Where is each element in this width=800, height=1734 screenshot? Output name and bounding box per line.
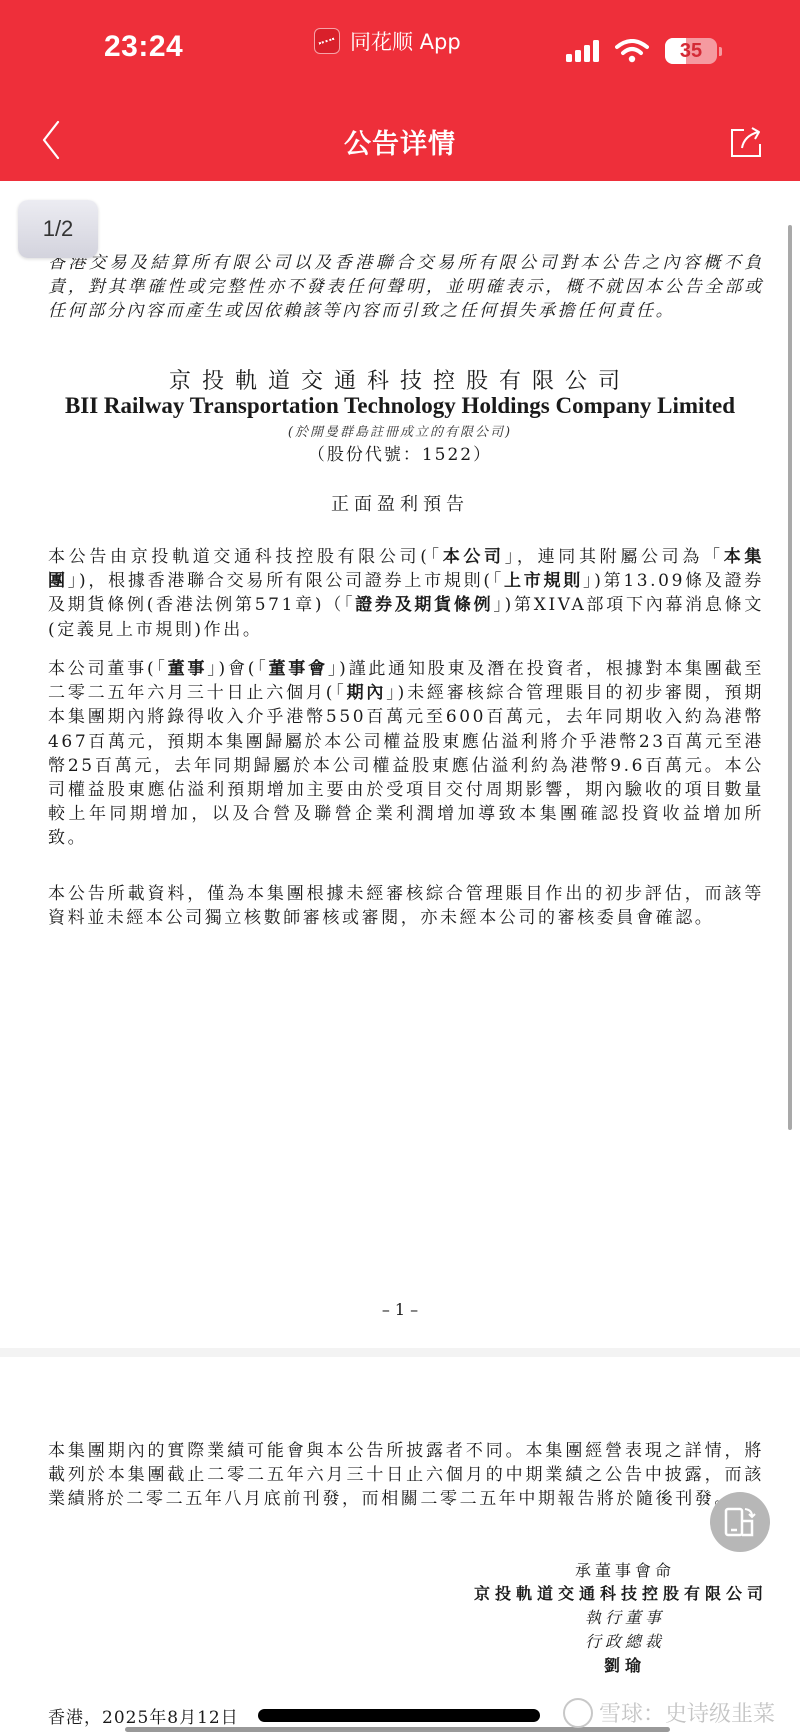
page-title: 公告详情 [0, 122, 800, 161]
app-header: 23:24 同花顺 App 35 公告详情 [0, 0, 800, 181]
page-number: – 1 – [0, 1300, 800, 1319]
paragraph-3: 本公告所載資料，僅為本集團根據未經審核綜合管理賬目作出的初步評估，而該等資料並未… [48, 882, 764, 930]
text: 」)會(「 [207, 659, 268, 679]
defined-term: 董事 [168, 659, 208, 679]
home-indicator[interactable] [258, 1709, 540, 1722]
status-app-name: 同花顺 App [350, 26, 461, 56]
status-icons: 35 [566, 38, 722, 64]
rotate-screen-button[interactable] [710, 1492, 770, 1552]
announcement-heading: 正面盈利預告 [0, 490, 800, 516]
signature-company: 京投軌道交通科技控股有限公司 [466, 1581, 776, 1604]
status-time: 23:24 [104, 30, 183, 64]
battery-tip [719, 47, 722, 56]
defined-term: 本公司 [443, 547, 505, 567]
company-name-cn: 京投軌道交通科技控股有限公司 [0, 364, 800, 395]
text: 」)未經審核綜合管理賬目的初步審閱，預期本集團期內將錄得收入介乎港幣550百萬元… [48, 683, 764, 848]
text: 」)，根據香港聯合交易所有限公司證券上市規則(「 [68, 571, 504, 591]
defined-term: 董事會 [268, 659, 327, 679]
battery-level: 35 [680, 40, 702, 63]
share-icon[interactable] [728, 124, 764, 160]
page-indicator: 1/2 [18, 200, 98, 258]
disclaimer-paragraph: 香港交易及結算所有限公司以及香港聯合交易所有限公司對本公告之內容概不負責，對其準… [48, 251, 764, 324]
signal-icon [566, 40, 599, 62]
signature-title: 執行董事 [505, 1605, 745, 1628]
rotate-screen-icon [723, 1505, 757, 1539]
signature-line: 承董事會命 [505, 1558, 745, 1581]
company-name-en: BII Railway Transportation Technology Ho… [0, 393, 800, 419]
date-line: 香港，2025年8月12日 [48, 1703, 239, 1728]
watermark-text: 雪球：史诗级韭菜 [599, 1697, 775, 1728]
wifi-icon [615, 39, 649, 63]
text: 本公告由京投軌道交通科技控股有限公司(「 [48, 547, 443, 567]
stock-code: （股份代號：1522） [0, 440, 800, 465]
paragraph-4: 本集團期內的實際業績可能會與本公告所披露者不同。本集團經營表現之詳情，將載列於本… [48, 1439, 764, 1512]
battery-icon: 35 [665, 38, 717, 64]
snowball-logo-icon [563, 1698, 593, 1728]
paragraph-2: 本公司董事(「董事」)會(「董事會」)謹此通知股東及潛在投資者，根據對本集團截至… [48, 657, 764, 851]
watermark: 雪球：史诗级韭菜 [563, 1697, 775, 1728]
scrollbar[interactable] [788, 225, 792, 1130]
status-app-indicator[interactable]: 同花顺 App [314, 26, 461, 56]
app-icon [314, 28, 340, 54]
signature-title: 行政總裁 [505, 1629, 745, 1652]
signature-name: 劉瑜 [505, 1653, 745, 1676]
paragraph-1: 本公告由京投軌道交通科技控股有限公司(「本公司」，連同其附屬公司為「本集團」)，… [48, 545, 764, 642]
incorporation-note: (於開曼群島註冊成立的有限公司) [0, 421, 800, 440]
text: 」，連同其附屬公司為「 [505, 547, 724, 567]
defined-term: 期內 [347, 683, 387, 703]
defined-term: 上市規則 [504, 571, 583, 591]
defined-term: 證券及期貨條例 [355, 595, 493, 615]
text: 本公司董事(「 [48, 659, 168, 679]
page-separator [0, 1348, 800, 1357]
